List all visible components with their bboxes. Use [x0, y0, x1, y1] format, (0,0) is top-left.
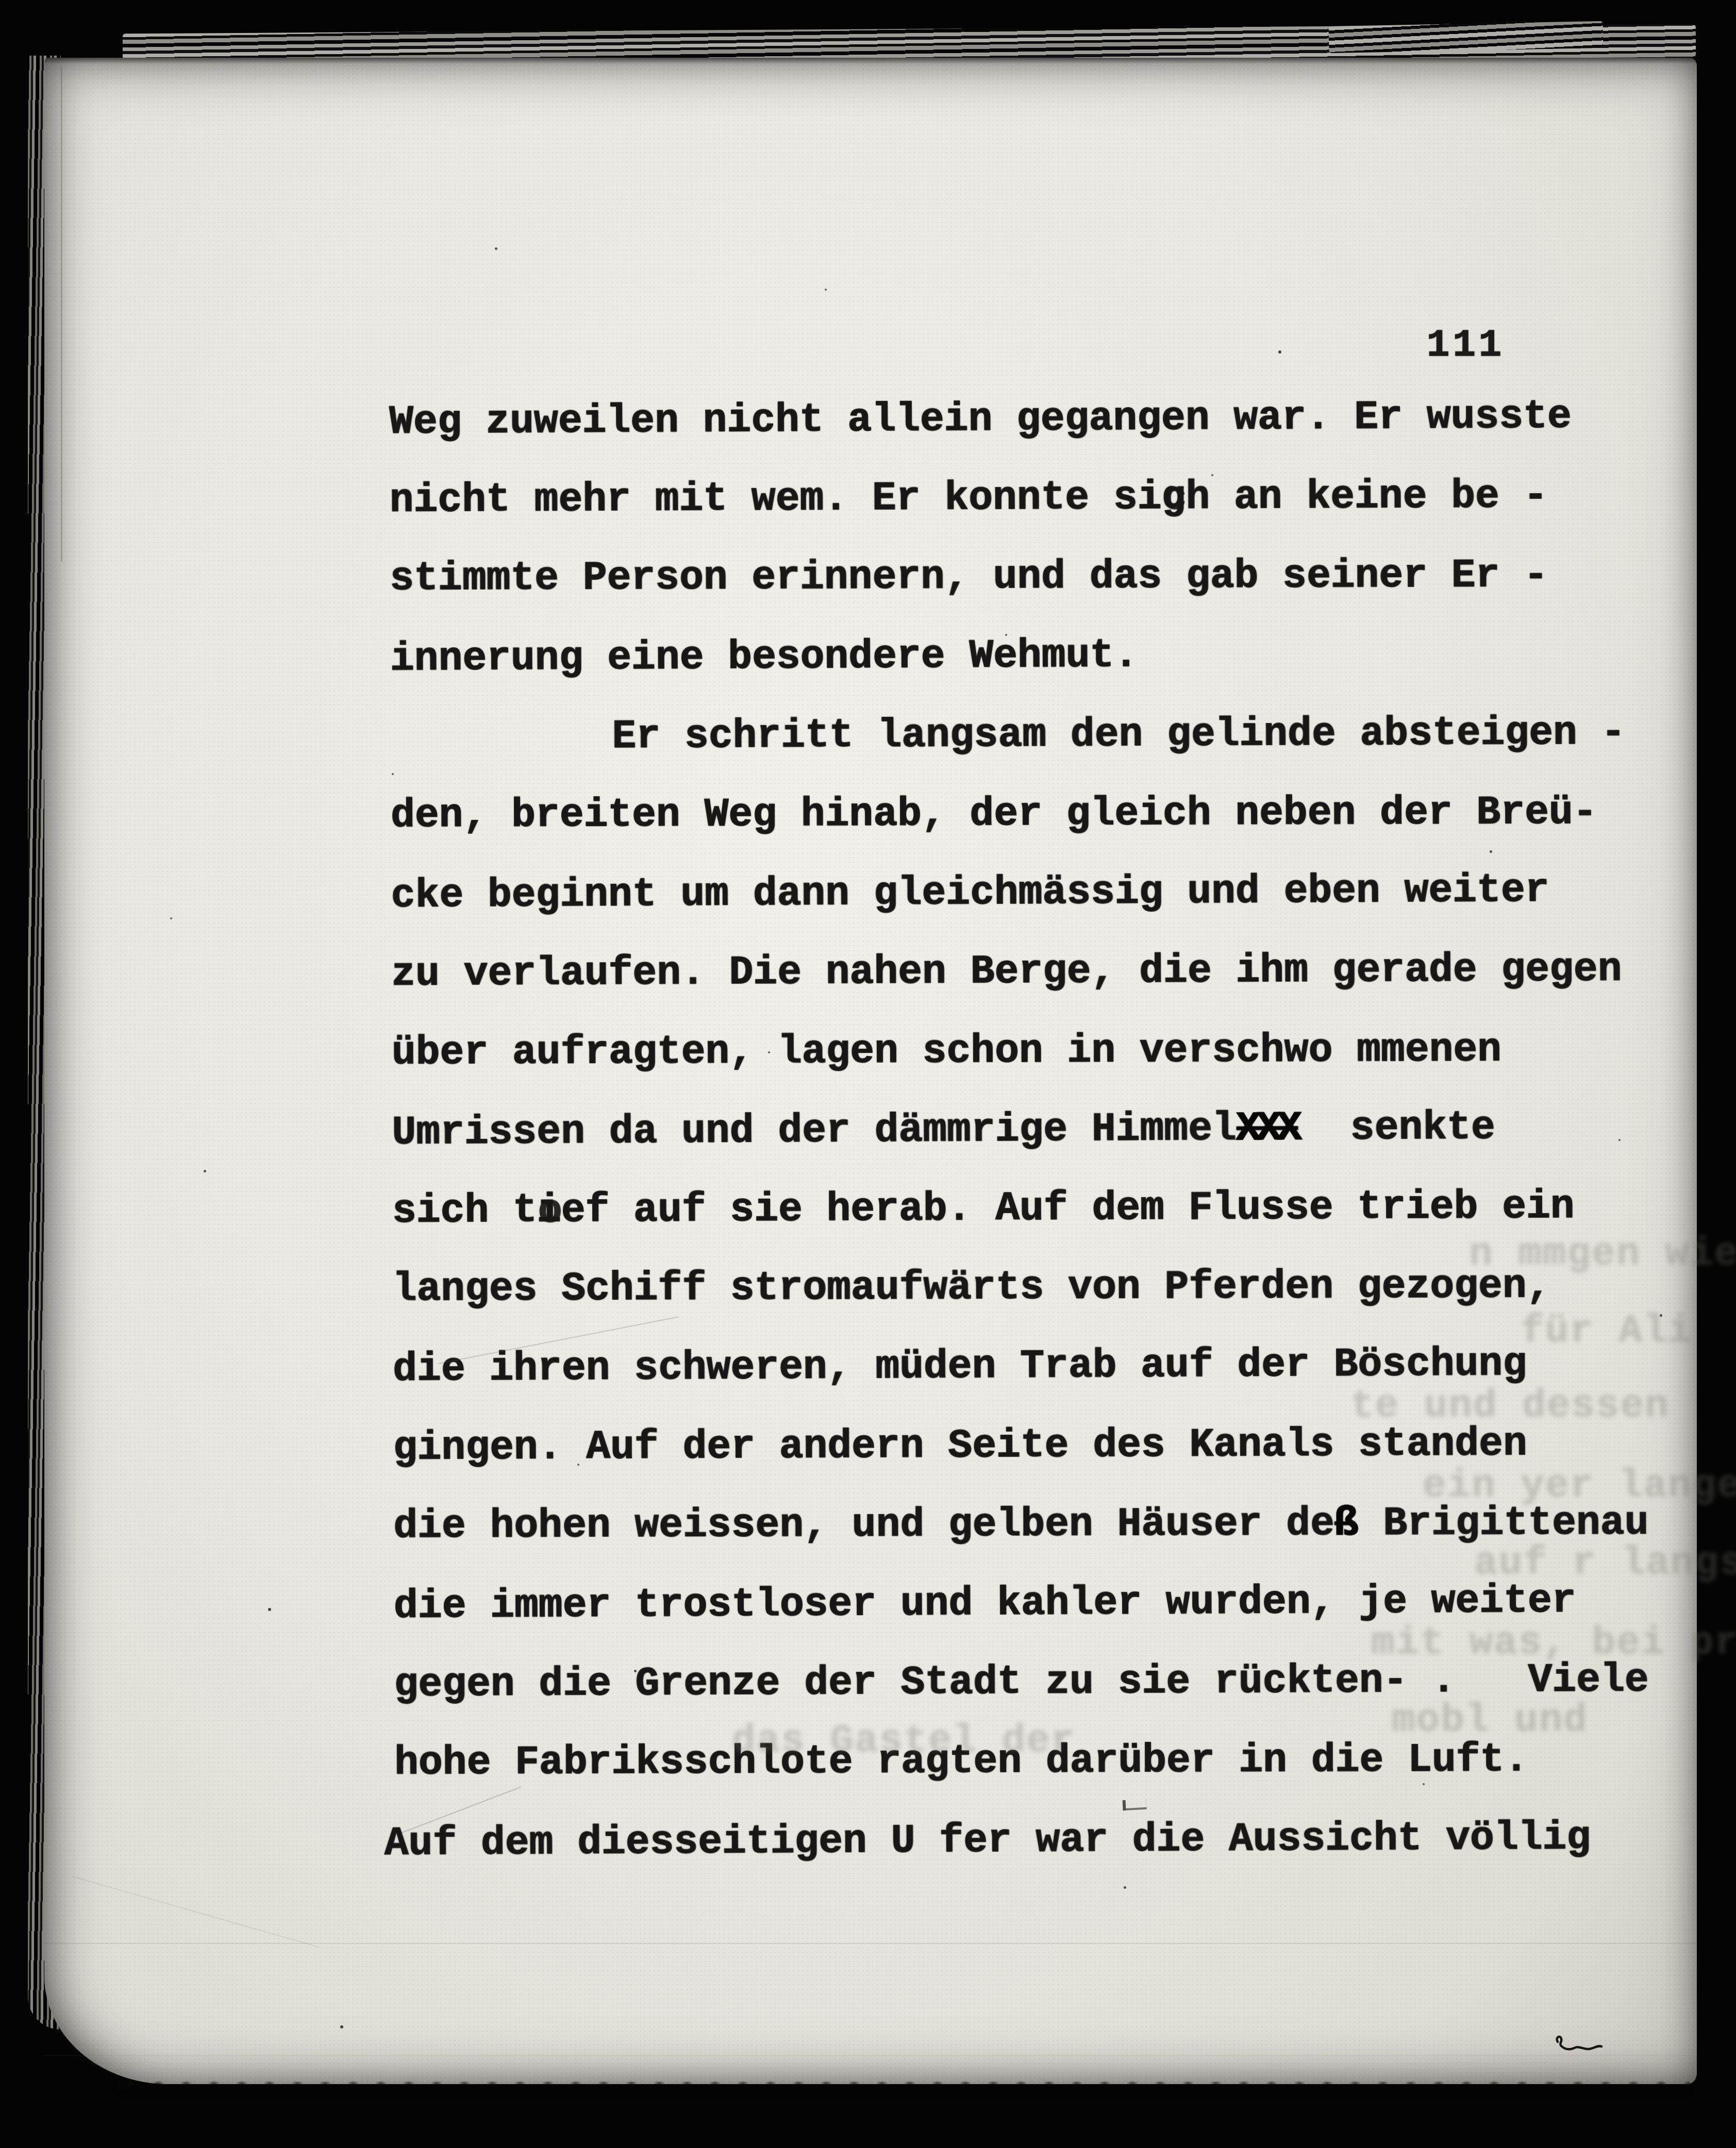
- ink-speck: [1490, 850, 1492, 853]
- typewritten-line: innerung eine besondere Wehmut.: [390, 635, 1138, 679]
- ink-speck: [268, 1608, 271, 1611]
- typewritten-line: nicht mehr mit wem. Er konnte sigch an k…: [390, 476, 1548, 521]
- ghost-text-line: auf r langs: [1474, 1543, 1736, 1583]
- ink-speck: [392, 773, 394, 775]
- ink-speck: [204, 1170, 206, 1172]
- ink-speck: [170, 917, 172, 919]
- ink-mark: [1123, 1799, 1147, 1810]
- typewritten-line: langes Schiff stromaufwärts von Pferden …: [393, 1266, 1551, 1310]
- page-stack-top-edge-tab: [1329, 21, 1604, 53]
- typewritten-line: sich tioef auf sie herab. Auf dem Flusse…: [392, 1187, 1575, 1232]
- typewritten-text-block: Weg zuweilen nicht allein gegangen war. …: [40, 55, 1700, 2087]
- struck-out-text: XXX: [1237, 1106, 1298, 1152]
- ink-speck: [825, 289, 827, 291]
- ghost-text-line: te und dessen: [1350, 1386, 1670, 1425]
- typewritten-line: zu verlaufen. Die nahen Berge, die ihm g…: [391, 950, 1622, 995]
- ink-speck: [1211, 474, 1213, 476]
- ink-speck: [1005, 634, 1007, 636]
- typewritten-line: Weg zuweilen nicht allein gegangen war. …: [389, 397, 1572, 443]
- ink-speck: [768, 1051, 770, 1053]
- typewritten-line: die ihren schweren, müden Trab auf der B…: [393, 1344, 1527, 1390]
- typewritten-line: die immer trostloser und kahler wurden, …: [394, 1581, 1576, 1627]
- overtyped-character: gc: [1161, 478, 1186, 518]
- typewritten-line: die hohen weissen, und gelben Häuser deß…: [393, 1503, 1648, 1547]
- manuscript-page: 111 Weg zuweilen nicht allein gegangen w…: [44, 58, 1697, 2084]
- scan-background: 111 Weg zuweilen nicht allein gegangen w…: [0, 0, 1736, 2148]
- ink-speck: [577, 1464, 579, 1466]
- ghost-text-line: ein yer langer: [1423, 1466, 1736, 1505]
- ghost-text-line: mit was, bei pr: [1371, 1623, 1736, 1663]
- typewritten-line: Er schritt langsam den gelinde absteigen…: [612, 713, 1625, 757]
- ink-speck: [1423, 1783, 1425, 1785]
- ink-speck: [634, 1670, 637, 1672]
- struck-out-text: ß: [1334, 1501, 1355, 1547]
- ink-speck: [1618, 1139, 1621, 1141]
- ink-speck: [1124, 1886, 1126, 1889]
- page-bottom-edge-shadow: [116, 2074, 1690, 2090]
- typewritten-line: den, breiten Weg hinab, der gleich neben…: [391, 793, 1597, 836]
- ghost-text-line: das Gastel der: [732, 1721, 1076, 1760]
- ink-speck: [1660, 1314, 1662, 1317]
- ink-squiggle-mark: [1554, 2034, 1605, 2056]
- overtyped-character: io: [537, 1190, 561, 1231]
- ink-speck: [340, 2025, 343, 2028]
- typewritten-line: Umrissen da und der dämmrige HimmelXXX s…: [392, 1107, 1495, 1153]
- typewritten-line: gingen. Auf der andern Seite des Kanals …: [393, 1424, 1527, 1468]
- typewritten-line: Auf dem diesseitigen U fer war die Aussi…: [385, 1818, 1591, 1864]
- ink-speck: [1278, 350, 1281, 354]
- ghost-text-line: n mmgen wie: [1469, 1234, 1736, 1273]
- ink-speck: [495, 247, 497, 250]
- typewritten-line: cke beginnt um dann gleichmässig und ebe…: [391, 870, 1549, 916]
- ghost-text-line: mobl und: [1392, 1701, 1588, 1740]
- typewritten-line: über aufragten, lagen schon in verschwo …: [392, 1030, 1501, 1073]
- typewritten-line: stimmte Person erinnern, und das gab sei…: [390, 556, 1548, 599]
- ghost-text-line: für Ali: [1521, 1312, 1692, 1351]
